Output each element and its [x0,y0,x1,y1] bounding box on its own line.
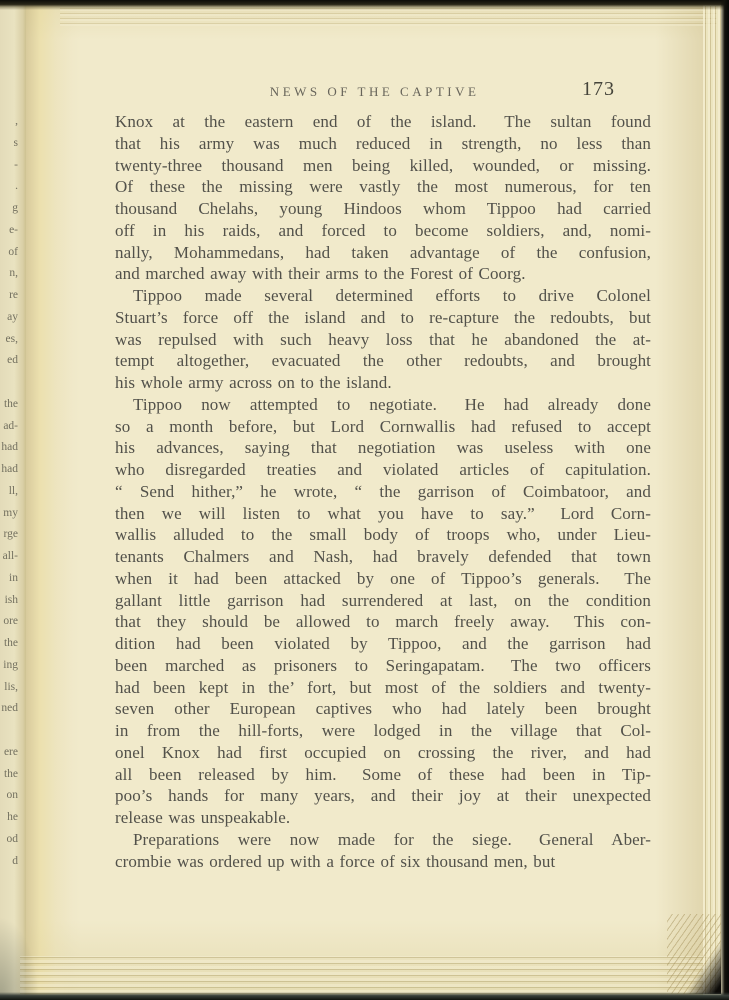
edge-text-fragment: ore [0,611,18,633]
text-line: when it had been attacked by one of Tipp… [115,568,651,590]
page-number: 173 [582,78,615,101]
page-header: NEWS OF THE CAPTIVE 173 [115,82,651,102]
text-block: NEWS OF THE CAPTIVE 173 Knox at the east… [115,82,651,872]
text-line: then we will listen to what you have to … [115,503,651,525]
text-line: all been released by him. Some of these … [115,764,651,786]
text-line: tempt altogether, evacuated the other re… [115,350,651,372]
edge-text-fragment: od [0,829,18,851]
text-line: his advances, saying that negotiation wa… [115,437,651,459]
text-line: his whole army across on to the island. [115,372,651,394]
text-line: onel Knox had first occupied on crossing… [115,742,651,764]
edge-text-fragment: my [0,503,18,525]
text-line: twenty-three thousand men being killed, … [115,155,651,177]
edge-text-fragment: s [0,133,18,155]
photo-border-right [721,0,729,1000]
edge-text-fragment: d [0,851,18,873]
photo-border-bottom [0,992,729,1000]
edge-text-fragment: es, [0,329,18,351]
corner-shadow [0,910,42,1000]
book-scan-photo: ,s-.ge-ofn,reayes,ed thead-hadhadll,myrg… [0,0,729,1000]
edge-text-fragment: on [0,785,18,807]
text-line: release was unspeakable. [115,807,651,829]
edge-text-fragment: of [0,242,18,264]
text-line: had been kept in the’ fort, but most of … [115,677,651,699]
edge-text-fragment: all- [0,546,18,568]
edge-text-fragment [0,372,18,394]
edge-text-fragment: ned [0,698,18,720]
text-line: Preparations were now made for the siege… [115,829,651,851]
gutter-fold [26,0,72,1000]
text-line: Knox at the eastern end of the island. T… [115,111,651,133]
edge-text-fragment: rge [0,524,18,546]
text-line: off in his raids, and forced to become s… [115,220,651,242]
page-body: Knox at the eastern end of the island. T… [115,111,651,872]
edge-text-fragment: n, [0,263,18,285]
text-line: wallis alluded to the small body of troo… [115,524,651,546]
text-line: that his army was much reduced in streng… [115,133,651,155]
edge-text-fragment: ing [0,655,18,677]
edge-text-fragment: ere [0,742,18,764]
edge-text-fragment: the [0,764,18,786]
text-line: gallant little garrison had surrendered … [115,590,651,612]
edge-text-fragment: ll, [0,481,18,503]
page-edges-bottom [20,956,719,994]
edge-text-fragment: . [0,176,18,198]
text-line: dition had been violated by Tippoo, and … [115,633,651,655]
edge-text-fragment: , [0,111,18,133]
edge-text-fragment: ed [0,350,18,372]
page-edges-right [703,6,721,994]
text-line: been marched as prisoners to Seringapata… [115,655,651,677]
edge-text-fragment: the [0,394,18,416]
text-line: Tippoo made several determined efforts t… [115,285,651,307]
text-line: that they should be allowed to march fre… [115,611,651,633]
text-line: and marched away with their arms to the … [115,263,651,285]
text-line: in from the hill-forts, were lodged in t… [115,720,651,742]
edge-text-fragment: g [0,198,18,220]
page-edges-top [60,8,717,26]
text-line: “ Send hither,” he wrote, “ the garrison… [115,481,651,503]
text-line: Of these the missing were vastly the mos… [115,176,651,198]
edge-text-fragment: e- [0,220,18,242]
text-line: poo’s hands for many years, and their jo… [115,785,651,807]
edge-text-fragment: lis, [0,677,18,699]
edge-text-fragment: - [0,155,18,177]
text-line: thousand Chelahs, young Hindoos whom Tip… [115,198,651,220]
edge-text-fragment: had [0,437,18,459]
edge-text-fragment: the [0,633,18,655]
text-line: Tippoo now attempted to negotiate. He ha… [115,394,651,416]
edge-text-fragment: had [0,459,18,481]
text-line: nally, Mohammedans, had taken advantage … [115,242,651,264]
text-line: who disregarded treaties and violated ar… [115,459,651,481]
text-line: Stuart’s force off the island and to re-… [115,307,651,329]
edge-text-fragment: ad- [0,416,18,438]
running-header: NEWS OF THE CAPTIVE [270,84,480,100]
corner-page-stack [667,914,721,994]
text-line: was repulsed with such heavy loss that h… [115,329,651,351]
edge-text-fragment [0,720,18,742]
edge-text-fragment: ay [0,307,18,329]
text-line: seven other European captives who had la… [115,698,651,720]
facing-page-fragments: ,s-.ge-ofn,reayes,ed thead-hadhadll,myrg… [0,111,18,872]
text-line: so a month before, but Lord Cornwallis h… [115,416,651,438]
photo-border-top [0,0,729,10]
text-line: crombie was ordered up with a force of s… [115,851,651,873]
edge-text-fragment: ish [0,590,18,612]
edge-text-fragment: in [0,568,18,590]
edge-text-fragment: re [0,285,18,307]
text-line: tenants Chalmers and Nash, had bravely d… [115,546,651,568]
edge-text-fragment: he [0,807,18,829]
